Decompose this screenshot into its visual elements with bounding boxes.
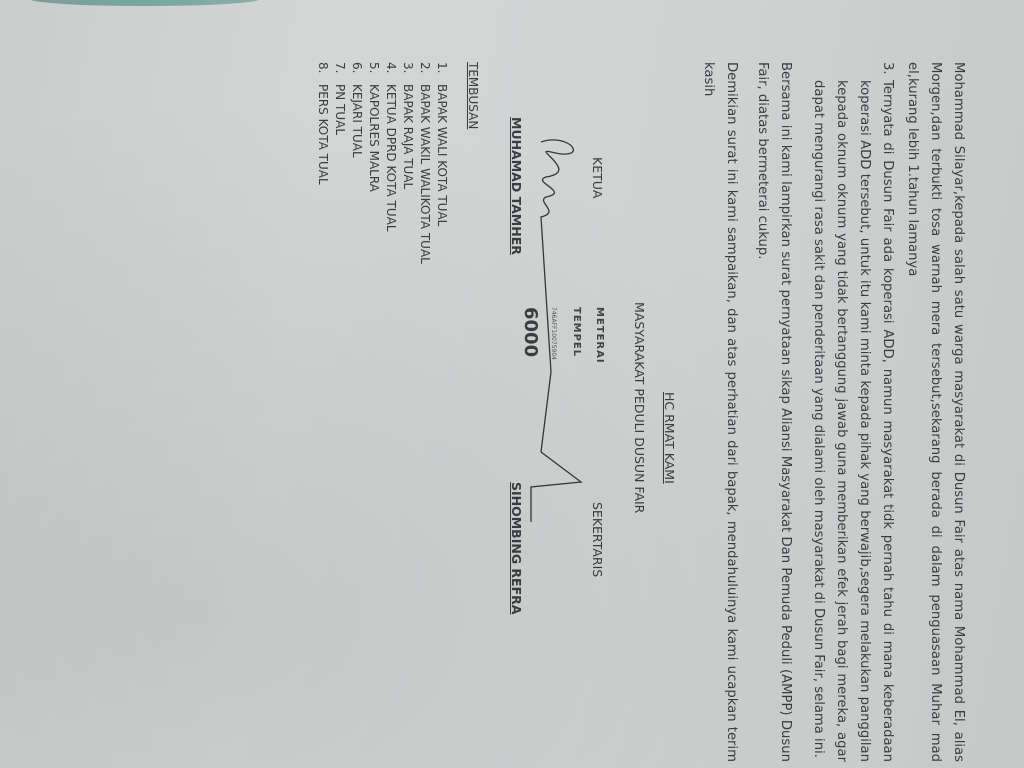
attachment-paragraph: Bersama ini kami lampirkan surat pernyat… — [751, 62, 797, 762]
letter-page: Mohammad Silayar,kepada salah satu warga… — [110, 62, 970, 762]
secretary-name: SIHOMBING REFRA — [505, 482, 528, 614]
point-3: 3. Ternyata di Dusun Fair ada koperasi A… — [807, 62, 899, 762]
tembusan-title: TEMBUSAN — [464, 62, 481, 264]
tembusan-item: 8.PERS KOTA TUAL — [314, 62, 331, 264]
tembusan-item: 2.BAPAK WAKIL WALIKOTA TUAL — [416, 62, 433, 264]
signature-block: HC RMAT KAMI MASYARAKAT PEDULI DUSUN FAI… — [351, 62, 681, 762]
signature-icon — [521, 122, 601, 542]
background-object — [30, 0, 260, 6]
tembusan-section: TEMBUSAN 1.BAPAK WALI KOTA TUAL 2.BAPAK … — [314, 62, 481, 264]
tembusan-item: 3.BAPAK RAJA TUAL — [399, 62, 416, 264]
intro-paragraph: Mohammad Silayar,kepada salah satu warga… — [901, 62, 970, 762]
chair-name: MUHAMAD TAMHER — [505, 117, 528, 255]
organization-name: MASYARAKAT PEDULI DUSUN FAIR — [628, 302, 651, 513]
point-text: Ternyata di Dusun Fair ada koperasi ADD,… — [807, 80, 899, 762]
tembusan-list: 1.BAPAK WALI KOTA TUAL 2.BAPAK WAKIL WAL… — [314, 62, 450, 264]
tembusan-item: 4.KETUA DPRD KOTA TUAL — [382, 62, 399, 264]
tembusan-item: 5.KAPOLRES MALRA — [365, 62, 382, 264]
tembusan-item: 7.PN TUAL — [331, 62, 348, 264]
tembusan-item: 6.KEJARI TUAL — [348, 62, 365, 264]
point-number: 3. — [807, 62, 899, 80]
closing-paragraph: Demikian surat ini kami sampaikan, dan a… — [697, 62, 743, 762]
tembusan-item: 1.BAPAK WALI KOTA TUAL — [433, 62, 450, 264]
salutation: HC RMAT KAMI — [658, 392, 681, 484]
